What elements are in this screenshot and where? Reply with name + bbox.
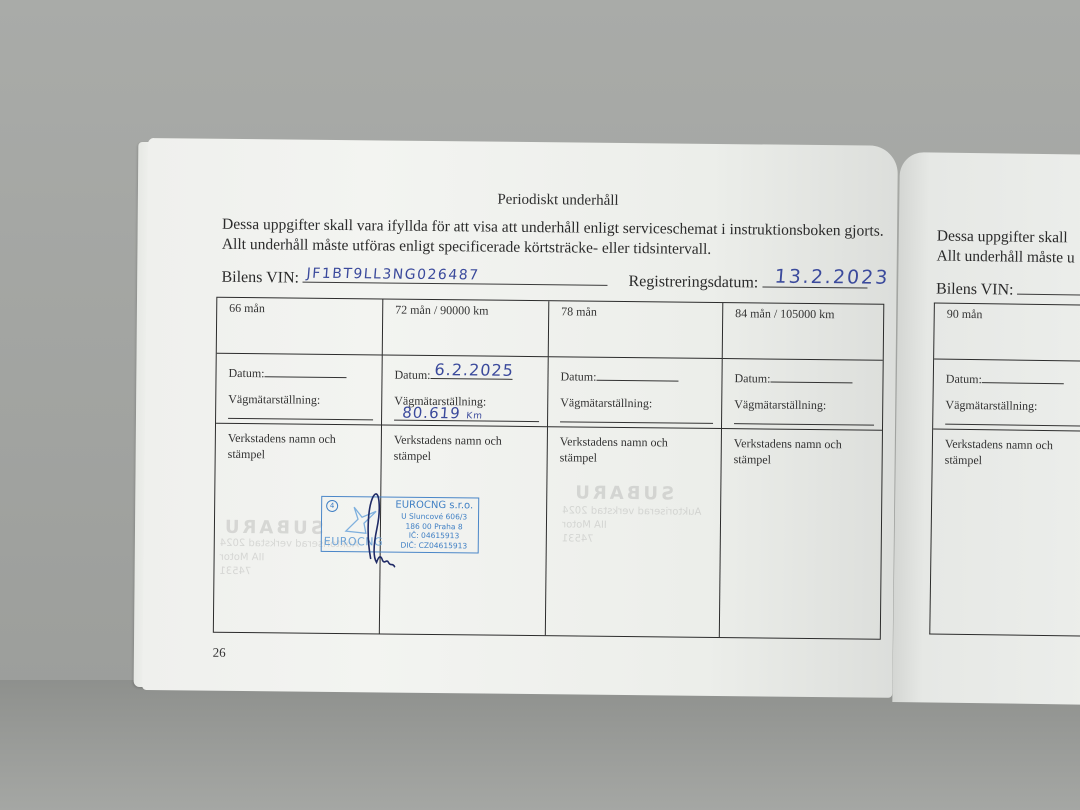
datum-label: Datum:: [560, 369, 596, 383]
interval-cell-84: 84 mån / 105000 km: [723, 303, 884, 361]
workshop-label: Verkstadens namn och: [560, 433, 721, 451]
odometer-label: Vägmätarställning:: [734, 397, 826, 413]
datum-input-line[interactable]: 6.2.2025: [430, 366, 512, 380]
registration-date-value: 13.2.2023: [773, 266, 889, 289]
bleed-through-subaru-logo: SUBARU: [222, 517, 324, 539]
service-book-left-page: Periodiskt underhåll Dessa uppgifter ska…: [142, 138, 898, 698]
datum-input-line[interactable]: [265, 364, 347, 378]
registration-date-field: Registreringsdatum: 13.2.2023: [628, 271, 867, 293]
bleed-through-subaru-logo: SUBARU: [572, 482, 674, 504]
vin-value: JF1BT9LL3NG026487: [306, 266, 480, 284]
datum-input-line[interactable]: [770, 370, 852, 384]
datum-label: Datum:: [946, 372, 982, 387]
odometer-input-line[interactable]: [228, 418, 373, 421]
vin-label: Bilens VIN:: [936, 281, 1014, 299]
date-odo-cell-90: Datum: Vägmätarställning:: [933, 359, 1080, 432]
workshop-cell-90: Verkstadens namn och stämpel: [930, 429, 1080, 635]
odometer-input-line[interactable]: [560, 421, 713, 424]
stamp-number-badge: 4: [326, 500, 338, 512]
date-odo-cell-78: Datum: Vägmätarställning:: [548, 357, 723, 429]
odometer-label: Vägmätarställning:: [228, 392, 320, 408]
page-title: Periodiskt underhåll: [497, 192, 618, 210]
vin-field: Bilens VIN:: [936, 279, 1080, 301]
registration-date-input-line[interactable]: 13.2.2023: [762, 272, 867, 288]
vin-input-line[interactable]: [1018, 280, 1080, 296]
registration-date-label: Registreringsdatum:: [628, 273, 758, 291]
odometer-input-line[interactable]: [945, 424, 1080, 427]
service-book-right-page: Dessa uppgifter skall Allt underhåll mås…: [892, 152, 1080, 705]
page-number: 26: [213, 645, 226, 661]
service-table: 66 mån 72 mån / 90000 km 78 mån 84 mån /…: [213, 297, 884, 640]
interval-cell-66: 66 mån: [217, 298, 384, 356]
date-odo-cell-84: Datum: Vägmätarställning:: [722, 359, 883, 431]
workshop-label: Verkstadens namn och: [734, 435, 882, 453]
odometer-label: Vägmätarställning:: [945, 398, 1037, 414]
bleed-through-text: Auktoriserad verkstad 2024 IIA Motor 745…: [562, 504, 702, 547]
intro-text: Dessa uppgifter skall Allt underhåll mås…: [936, 227, 1075, 269]
intro-text: Dessa uppgifter skall vara ifyllda för a…: [222, 215, 884, 262]
interval-cell-78: 78 mån: [549, 301, 724, 359]
vin-label: Bilens VIN:: [221, 269, 299, 287]
date-odo-cell-66: Datum: Vägmätarställning:: [216, 354, 383, 426]
datum-label: Datum:: [228, 366, 264, 380]
workshop-label: Verkstadens namn och: [228, 430, 381, 448]
datum-label: Datum:: [394, 368, 430, 382]
signature: [348, 488, 409, 579]
odometer-value: 80.619 Km: [401, 404, 484, 426]
odometer-label: Vägmätarställning:: [560, 395, 652, 411]
service-date-value: 6.2.2025: [434, 360, 515, 380]
workshop-cell-84: Verkstadens namn och stämpel: [720, 429, 882, 639]
workshop-label: Verkstadens namn och: [394, 432, 547, 450]
vin-input-line[interactable]: JF1BT9LL3NG026487: [303, 268, 608, 286]
interval-cell-72: 72 mån / 90000 km: [383, 299, 550, 357]
date-odo-cell-72: Datum:6.2.2025 Vägmätarställning: 80.619…: [382, 355, 549, 427]
interval-cell-90: 90 mån: [934, 304, 1080, 363]
service-table: 90 mån Datum: Vägmätarställning: Verksta…: [929, 302, 1080, 636]
datum-label: Datum:: [734, 371, 770, 385]
datum-input-line[interactable]: [982, 370, 1064, 384]
odometer-input-line[interactable]: [734, 423, 874, 425]
datum-input-line[interactable]: [596, 368, 678, 382]
vin-field: Bilens VIN: JF1BT9LL3NG026487: [221, 267, 608, 291]
